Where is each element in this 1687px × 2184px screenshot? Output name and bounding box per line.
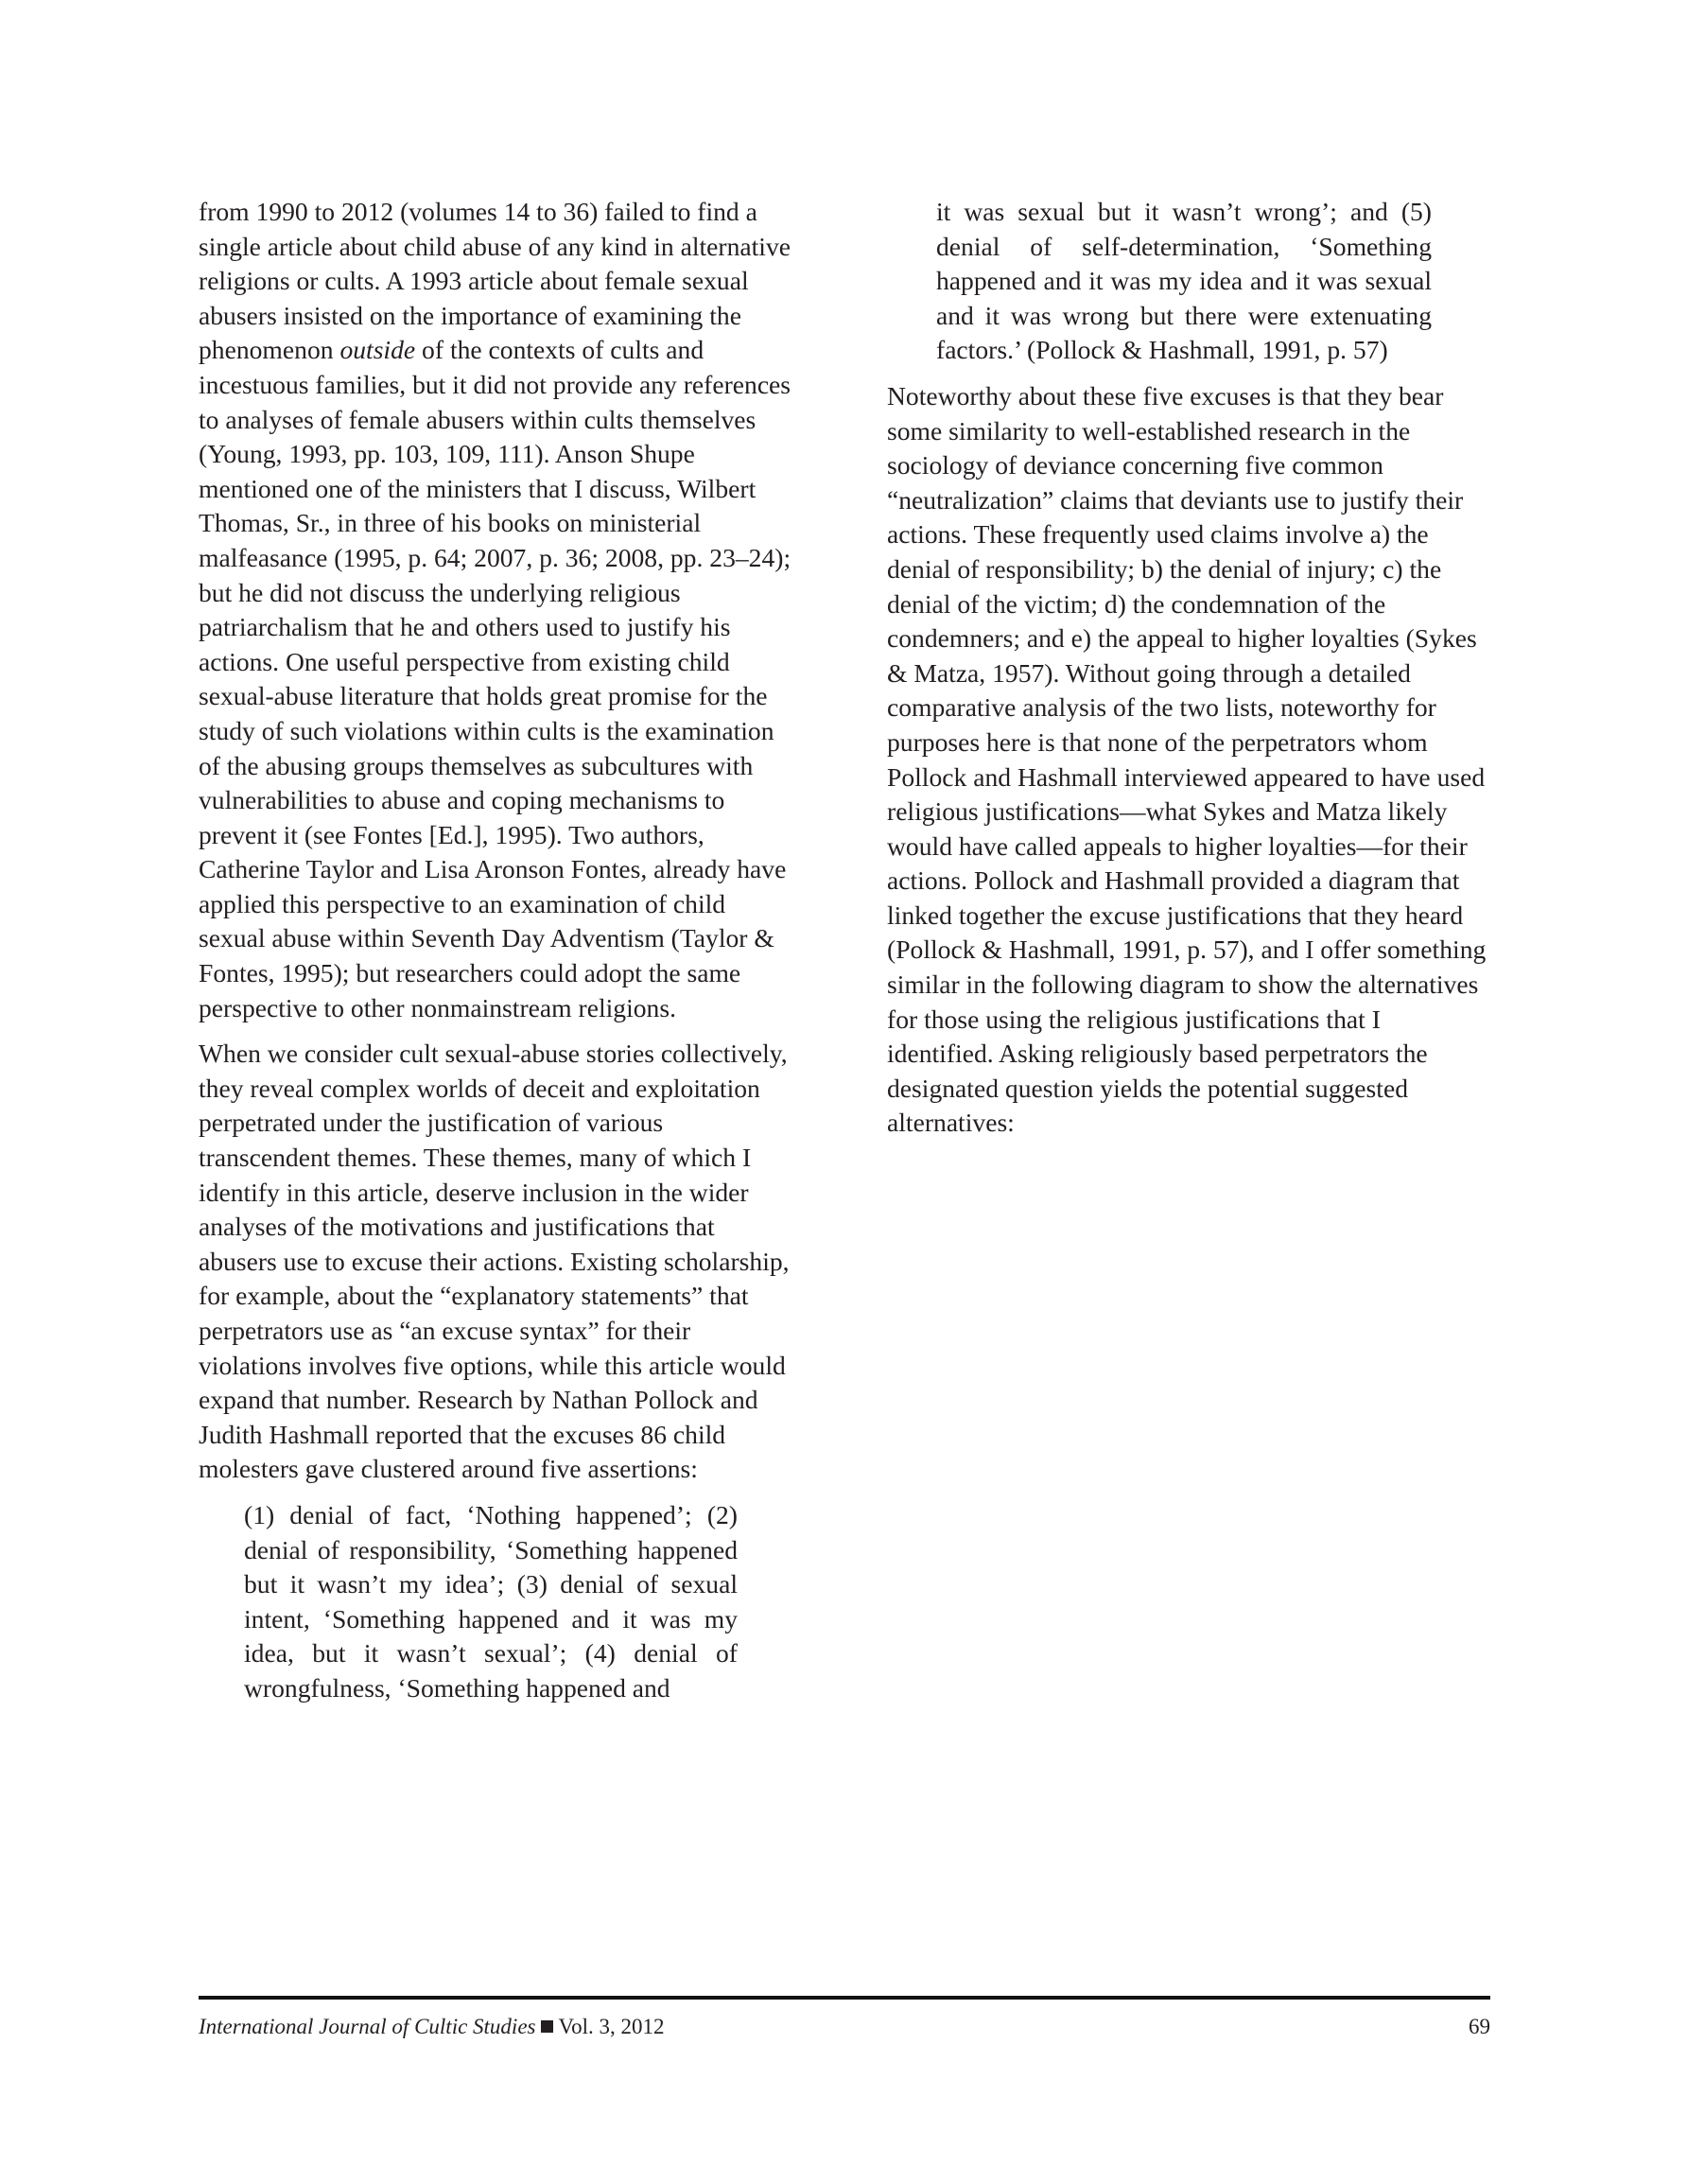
- body-paragraph: from 1990 to 2012 (volumes 14 to 36) fai…: [199, 195, 796, 1025]
- block-quote: (1) denial of fact, ‘Nothing happened’; …: [244, 1498, 738, 1706]
- block-quote-continued: it was sexual but it wasn’t wrong’; and …: [936, 195, 1432, 368]
- black-square-icon: [541, 2020, 553, 2033]
- journal-title: International Journal of Cultic Studies: [199, 2015, 535, 2038]
- footer-rule: [199, 1996, 1490, 2000]
- page-number: 69: [1469, 2013, 1490, 2041]
- footer-citation: International Journal of Cultic StudiesV…: [199, 2013, 665, 2041]
- paragraph-text: of the contexts of cults and incestuous …: [199, 335, 791, 1022]
- body-paragraph: Noteworthy about these five excuses is t…: [887, 379, 1487, 1141]
- left-column: from 1990 to 2012 (volumes 14 to 36) fai…: [199, 195, 796, 1718]
- emphasized-word: outside: [339, 335, 415, 364]
- body-paragraph: When we consider cult sexual-abuse stori…: [199, 1037, 796, 1487]
- page-footer: International Journal of Cultic StudiesV…: [199, 2013, 1490, 2041]
- right-column: it was sexual but it wasn’t wrong’; and …: [887, 195, 1487, 1152]
- volume-info: Vol. 3, 2012: [558, 2015, 664, 2038]
